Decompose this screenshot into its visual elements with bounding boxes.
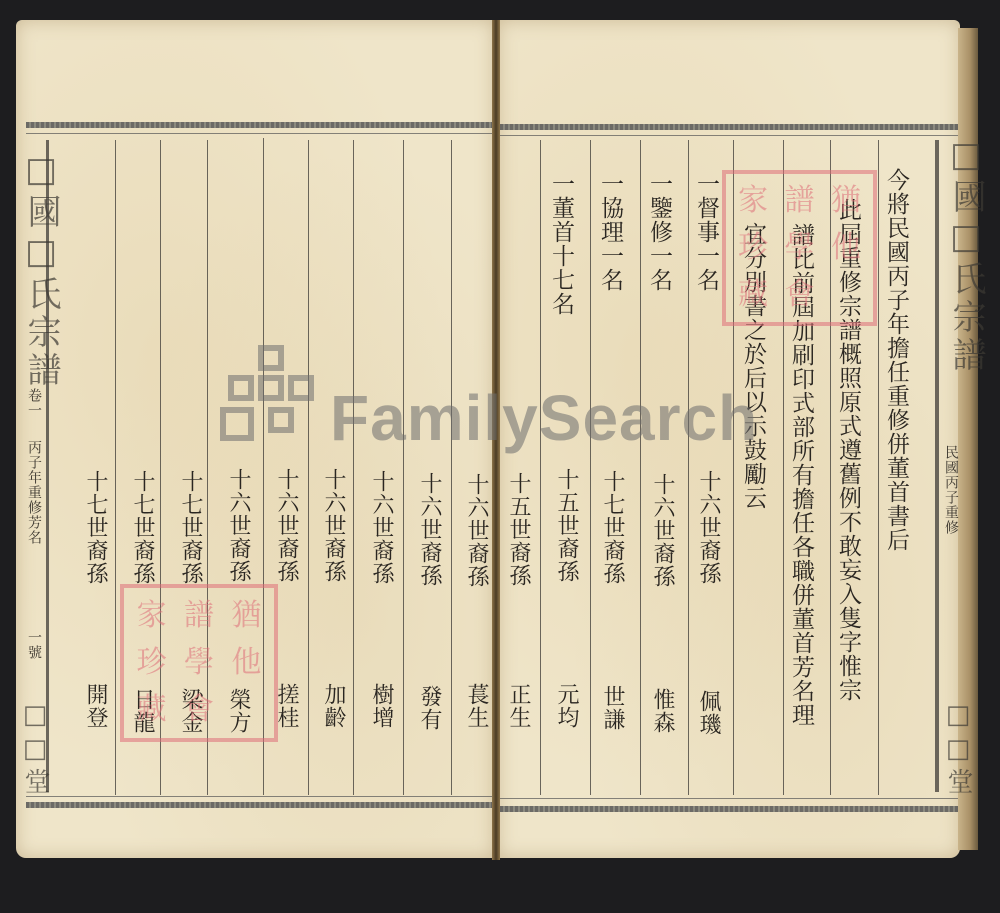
person-generation: 十五世裔孫: [551, 468, 582, 583]
column-rule: [640, 140, 641, 795]
bottom-border-left: [26, 802, 492, 808]
person-generation: 十七世裔孫: [597, 470, 628, 585]
bottom-border-right: [500, 806, 958, 812]
column-rule: [540, 140, 541, 795]
person-generation: 十七世裔孫: [127, 470, 158, 585]
seal-char: 他: [223, 639, 270, 686]
left-margin-volume: 卷一: [24, 388, 44, 418]
role-overseer: 一督事一名: [690, 172, 723, 292]
right-margin-edition: 民國丙子重修: [941, 445, 961, 535]
person-name: 正生: [503, 683, 534, 729]
seal-char: 譜: [175, 592, 222, 639]
left-margin-section: 丙子年重修芳名: [24, 440, 44, 545]
column-rule: [451, 140, 452, 795]
column-rule: [590, 140, 591, 795]
collection-seal-left: 家 譜 猶 珍 學 他 藏 會: [120, 584, 278, 742]
seal-char: 家: [730, 178, 776, 225]
seal-char: 珍: [128, 639, 175, 686]
person-generation: 十六世裔孫: [318, 468, 349, 583]
person-generation: 十六世裔孫: [223, 468, 254, 583]
seal-char: 譜: [776, 178, 822, 225]
seal-char: [223, 687, 270, 734]
column-rule: [403, 140, 404, 795]
role-assistant: 一協理一名: [594, 172, 627, 292]
person-generation: 十五世裔孫: [503, 472, 534, 587]
person-generation: 十六世裔孫: [461, 473, 492, 588]
person-name: 惟森: [647, 688, 678, 734]
person-generation: 十六世裔孫: [693, 470, 724, 585]
person-name: 世謙: [597, 685, 628, 731]
person-name: 佩璣: [693, 690, 724, 736]
bottom-thin-rule-left: [26, 796, 492, 797]
book-gutter: [492, 20, 500, 860]
person-name: 發有: [414, 685, 445, 731]
top-border-left: [26, 122, 492, 128]
person-name: 開登: [80, 683, 111, 729]
seal-char: 會: [175, 687, 222, 734]
top-border-right: [500, 124, 958, 130]
person-generation: 十七世裔孫: [175, 470, 206, 585]
person-name: 元均: [551, 683, 582, 729]
column-rule: [688, 140, 689, 795]
seal-char: 珍: [730, 225, 776, 272]
left-margin-page-no: 一號: [24, 630, 44, 660]
column-rule: [878, 140, 879, 795]
column-rule: [308, 140, 309, 795]
preface-line-1: 今將民國丙子年擔任重修併董首書后: [880, 168, 913, 552]
role-editor: 一鑒修一名: [643, 172, 676, 292]
left-margin-book-title: □國□氏宗譜: [17, 150, 66, 390]
right-margin-hall-name: □□堂: [940, 700, 977, 798]
column-rule: [115, 140, 116, 795]
seal-char: 猶: [223, 592, 270, 639]
person-name: 萇生: [461, 683, 492, 729]
person-generation: 十六世裔孫: [647, 473, 678, 588]
seal-char: 學: [776, 225, 822, 272]
seal-char: 會: [776, 271, 822, 318]
person-generation: 十六世裔孫: [414, 472, 445, 587]
column-rule: [353, 140, 354, 795]
right-margin-book-title: □國□氏宗譜: [942, 135, 991, 375]
seal-char: 藏: [730, 271, 776, 318]
left-margin-hall-name: □□堂: [17, 700, 54, 798]
seal-char: 藏: [128, 687, 175, 734]
person-generation: 十六世裔孫: [271, 468, 302, 583]
top-thin-rule-right: [500, 135, 958, 136]
person-name: 加齡: [318, 683, 349, 729]
role-directors: 一董首十七名: [545, 172, 578, 316]
seal-char: 他: [823, 225, 869, 272]
seal-char: 學: [175, 639, 222, 686]
person-name: 樹增: [366, 683, 397, 729]
seal-char: [823, 271, 869, 318]
seal-char: 猶: [823, 178, 869, 225]
person-generation: 十六世裔孫: [366, 470, 397, 585]
person-generation: 十七世裔孫: [80, 470, 111, 585]
bottom-thin-rule-right: [500, 798, 958, 799]
collection-seal-right: 家 譜 猶 珍 學 他 藏 會: [722, 170, 877, 326]
top-thin-rule-left: [26, 133, 492, 134]
right-margin-frame: [935, 140, 939, 792]
seal-char: 家: [128, 592, 175, 639]
